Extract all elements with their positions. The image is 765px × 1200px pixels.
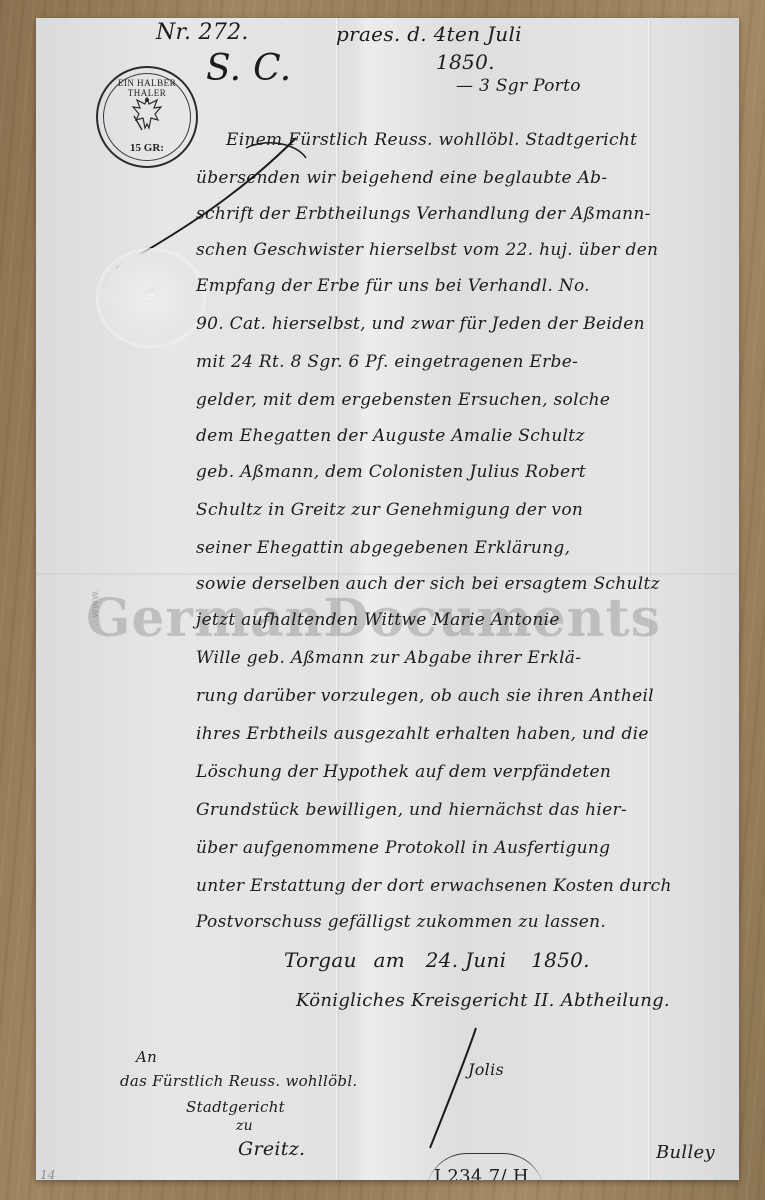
body-line: Schultz in Greitz zur Genehmigung der vo…	[196, 500, 583, 520]
body-line: geb. Aßmann, dem Colonisten Julius Rober…	[196, 462, 586, 482]
body-line: Einem Fürstlich Reuss. wohllöbl. Stadtge…	[226, 130, 637, 150]
body-line: rung darüber vorzulegen, ob auch sie ihr…	[196, 686, 654, 706]
date-connector: am	[373, 948, 405, 972]
body-line: Löschung der Hypothek auf dem verpfändet…	[196, 762, 611, 782]
body-line: dem Ehegatten der Auguste Amalie Schultz	[196, 426, 585, 446]
reference-number: Nr. 272.	[156, 20, 249, 45]
body-line: Empfang der Erbe für uns bei Verhandl. N…	[196, 276, 590, 296]
address-line-1: das Fürstlich Reuss. wohllöbl.	[120, 1072, 358, 1090]
address-prefix: An	[136, 1048, 157, 1066]
year: 1850.	[531, 948, 590, 972]
clerk-signature: Bulley	[656, 1142, 715, 1163]
initials: S. C.	[206, 48, 291, 89]
body-line: ihres Erbtheils ausgezahlt erhalten habe…	[196, 724, 649, 744]
address-line-2: Stadtgericht	[186, 1098, 285, 1116]
address-city: Greitz.	[238, 1138, 305, 1160]
body-line: schrift der Erbtheilungs Verhandlung der…	[196, 204, 651, 224]
body-line: jetzt aufhaltenden Wittwe Marie Antonie	[196, 610, 560, 630]
body-line: schen Geschwister hierselbst vom 22. huj…	[196, 240, 658, 260]
place: Torgau	[284, 948, 357, 972]
signature-mark: Jolis	[468, 1060, 504, 1079]
place-date-line: Torgau am 24. Juni 1850.	[284, 948, 590, 972]
body-line: unter Erstattung der dort erwachsenen Ko…	[196, 876, 672, 896]
body-line: übersenden wir beigehend eine beglaubte …	[196, 168, 607, 188]
body-line: über aufgenommene Protokoll in Ausfertig…	[196, 838, 610, 858]
crown-icon: ♛	[96, 282, 206, 306]
file-reference: I 234 7/ H.	[434, 1166, 535, 1180]
receipt-note: praes. d. 4ten Juli	[336, 22, 522, 46]
body-line: Grundstück bewilligen, und hiernächst da…	[196, 800, 627, 820]
body-line: seiner Ehegattin abgegebenen Erklärung,	[196, 538, 570, 558]
watermark-side-text: www.	[88, 589, 101, 618]
receipt-year: 1850.	[436, 50, 495, 74]
postage-fee-note: — 3 Sgr Porto	[456, 76, 581, 96]
body-line: mit 24 Rt. 8 Sgr. 6 Pf. eingetragenen Er…	[196, 352, 578, 372]
embossed-crown-seal: ♛	[96, 248, 206, 348]
body-line: gelder, mit dem ergebensten Ersuchen, so…	[196, 390, 610, 410]
body-line: Postvorschuss gefälligst zukommen zu las…	[196, 912, 606, 932]
issuing-court: Königliches Kreisgericht II. Abtheilung.	[296, 990, 670, 1011]
address-line-3: zu	[236, 1118, 253, 1134]
margin-pencil-note: 14	[40, 1168, 56, 1180]
body-line: Wille geb. Aßmann zur Abgabe ihrer Erklä…	[196, 648, 581, 668]
body-line: 90. Cat. hierselbst, und zwar für Jeden …	[196, 314, 645, 334]
document-sheet: Nr. 272. praes. d. 4ten Juli 1850. — 3 S…	[36, 18, 739, 1180]
date: 24. Juni	[426, 948, 507, 972]
signature-stroke-icon	[416, 1018, 496, 1158]
body-line: sowie derselben auch der sich bei ersagt…	[196, 574, 660, 594]
